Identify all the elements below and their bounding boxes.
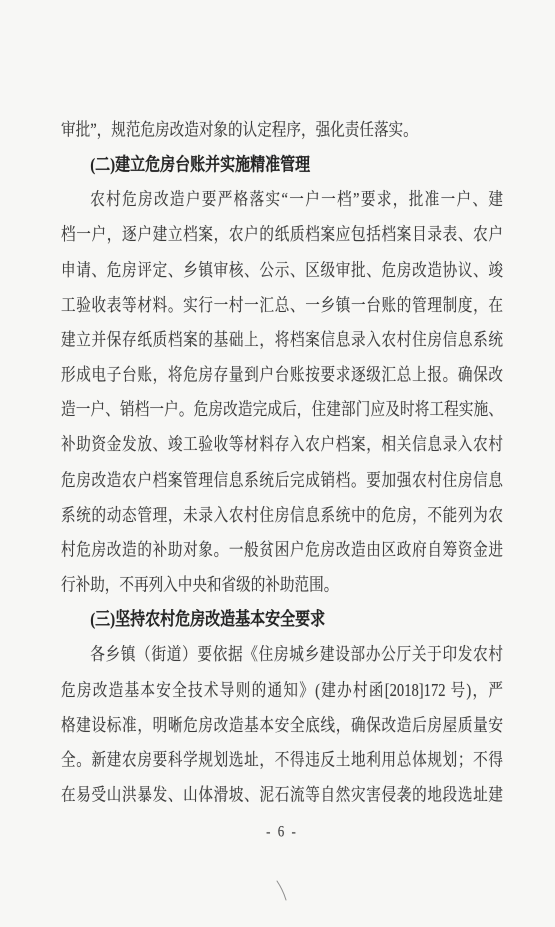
scanned-document-page: 审批”，规范危房改造对象的认定程序，强化责任落实。 (二)建立危房台账并实施精准…	[0, 0, 555, 927]
text-line: 造一户、销档一户。危房改造完成后，住建部门应及时将工程实施、	[61, 394, 503, 429]
document-body: 审批”，规范危房改造对象的认定程序，强化责任落实。 (二)建立危房台账并实施精准…	[61, 114, 503, 849]
section-heading: (三)坚持农村危房改造基本安全要求	[61, 604, 503, 639]
section-heading: (二)建立危房台账并实施精准管理	[61, 149, 503, 184]
text-line: 危房改造基本安全技术导则的通知》(建办村函[2018]172 号)，严	[61, 674, 503, 709]
text-line: 建立并保存纸质档案的基础上，将档案信息录入农村住房信息系统	[61, 324, 503, 359]
text-line: 系统的动态管理，未录入农村住房信息系统中的危房，不能列为农	[61, 499, 503, 534]
text-line: 行补助，不再列入中央和省级的补助范围。	[61, 569, 503, 604]
text-line: 工验收表等材料。实行一村一汇总、一乡镇一台账的管理制度，在	[61, 289, 503, 324]
text-line: 申请、危房评定、乡镇审核、公示、区级审批、危房改造协议、竣	[61, 254, 503, 289]
text-line: 农村危房改造户要严格落实“一户一档”要求，批准一户、建	[61, 184, 503, 219]
text-line: 各乡镇（街道）要依据《住房城乡建设部办公厅关于印发农村	[61, 639, 503, 674]
text-line: 形成电子台账，将危房存量到户台账按要求逐级汇总上报。确保改	[61, 359, 503, 394]
text-line: 全。新建农房要科学规划选址，不得违反土地利用总体规划；不得	[61, 744, 503, 779]
text-line: 在易受山洪暴发、山体滑坡、泥石流等自然灾害侵袭的地段选址建	[61, 779, 503, 814]
page-number: - 6 -	[61, 814, 503, 849]
pen-stroke-artifact	[276, 880, 289, 902]
text-line: 危房改造农户档案管理信息系统后完成销档。要加强农村住房信息	[61, 464, 503, 499]
text-line: 审批”，规范危房改造对象的认定程序，强化责任落实。	[61, 114, 503, 149]
text-line: 补助资金发放、竣工验收等材料存入农户档案，相关信息录入农村	[61, 429, 503, 464]
text-line: 村危房改造的补助对象。一般贫困户危房改造由区政府自筹资金进	[61, 534, 503, 569]
text-line: 档一户，逐户建立档案，农户的纸质档案应包括档案目录表、农户	[61, 219, 503, 254]
text-line: 格建设标准，明晰危房改造基本安全底线，确保改造后房屋质量安	[61, 709, 503, 744]
